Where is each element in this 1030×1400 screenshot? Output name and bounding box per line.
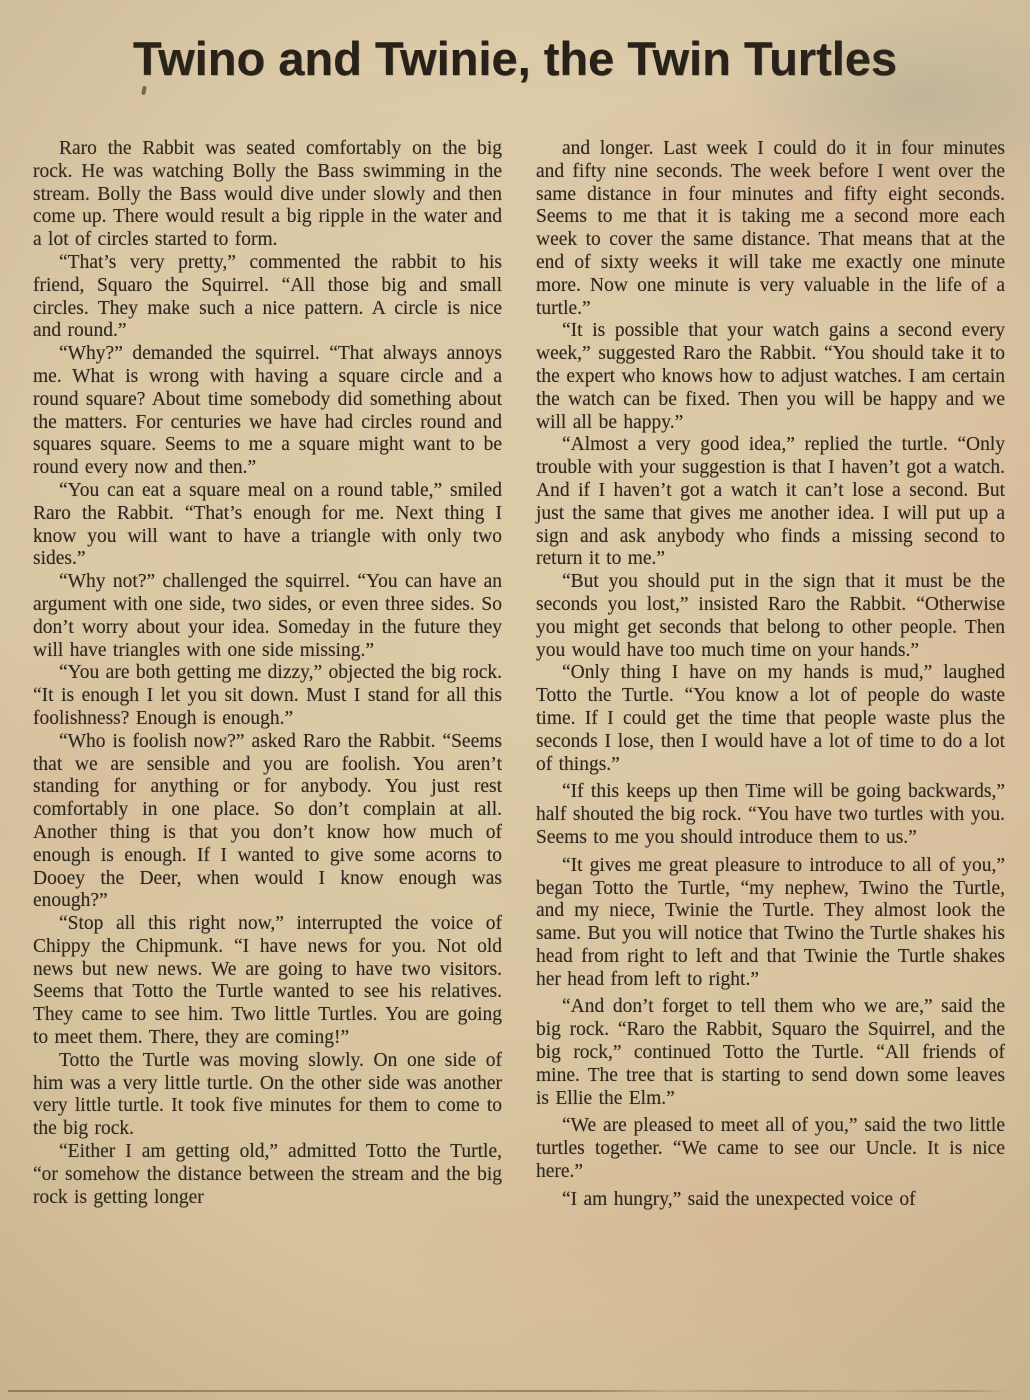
story-paragraph: “Why not?” challenged the squirrel. “You… [33, 571, 502, 662]
story-paragraph: “You are both getting me dizzy,” objecte… [33, 662, 502, 730]
story-paragraph: “Either I am getting old,” admitted Tott… [33, 1141, 502, 1209]
story-paragraph: “It is possible that your watch gains a … [536, 320, 1005, 434]
story-paragraph: and longer. Last week I could do it in f… [536, 138, 1005, 320]
column-left: Raro the Rabbit was seated comfortably o… [33, 138, 502, 1212]
story-columns: Raro the Rabbit was seated comfortably o… [33, 138, 1005, 1212]
story-paragraph: “That’s very pretty,” commented the rabb… [33, 252, 502, 343]
story-paragraph: “Stop all this right now,” interrupted t… [33, 913, 502, 1050]
story-paragraph: “Almost a very good idea,” replied the t… [536, 434, 1005, 571]
story-paragraph: “Who is foolish now?” asked Raro the Rab… [33, 731, 502, 913]
story-paragraph: Totto the Turtle was moving slowly. On o… [33, 1050, 502, 1141]
story-paragraph: “We are pleased to meet all of you,” sai… [536, 1115, 1005, 1183]
story-paragraph: “It gives me great pleasure to introduce… [536, 855, 1005, 992]
scanned-story-page: Twino and Twinie, the Twin Turtles Raro … [0, 0, 1030, 1400]
story-paragraph: “Why?” demanded the squirrel. “That alwa… [33, 343, 502, 480]
page-title: Twino and Twinie, the Twin Turtles [10, 30, 1020, 88]
story-paragraph: “And don’t forget to tell them who we ar… [536, 996, 1005, 1110]
print-speck [141, 86, 147, 96]
story-paragraph: “If this keeps up then Time will be goin… [536, 781, 1005, 849]
story-paragraph: “Only thing I have on my hands is mud,” … [536, 662, 1005, 776]
story-paragraph: “I am hungry,” said the unexpected voice… [536, 1189, 1005, 1212]
bottom-rule [8, 1390, 1008, 1392]
story-paragraph: “But you should put in the sign that it … [536, 571, 1005, 662]
story-paragraph: Raro the Rabbit was seated comfortably o… [33, 138, 502, 252]
story-paragraph: “You can eat a square meal on a round ta… [33, 480, 502, 571]
column-right: and longer. Last week I could do it in f… [536, 138, 1005, 1212]
